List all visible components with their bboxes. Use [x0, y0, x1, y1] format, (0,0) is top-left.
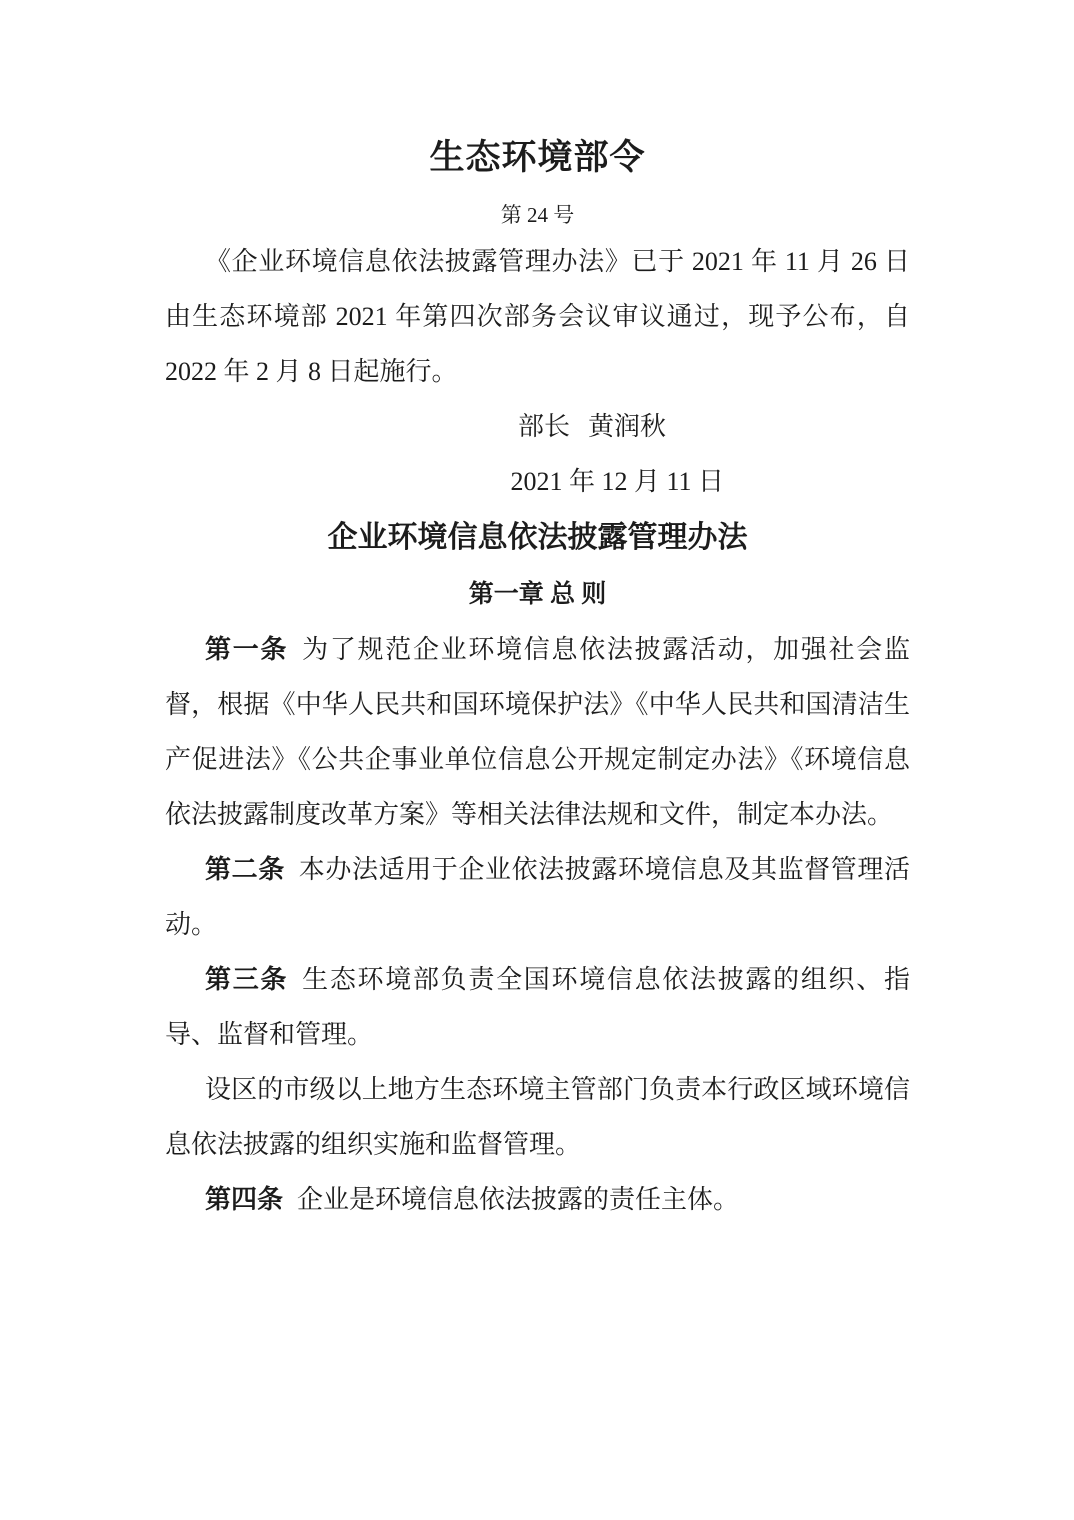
- article-1-number: 第一条: [205, 635, 288, 664]
- article-2-paragraph: 第二条本办法适用于企业依法披露环境信息及其监督管理活动。: [165, 842, 910, 952]
- article-1-paragraph: 第一条为了规范企业环境信息依法披露活动，加强社会监督，根据《中华人民共和国环境保…: [165, 622, 910, 842]
- article-1-text: 为了规范企业环境信息依法披露活动，加强社会监督，根据《中华人民共和国环境保护法》…: [165, 635, 910, 829]
- order-number: 第 24 号: [165, 202, 910, 228]
- article-3-number: 第三条: [205, 965, 288, 994]
- article-2-number: 第二条: [205, 855, 285, 884]
- signature-line: 部长黄润秋: [165, 399, 910, 454]
- article-4-number: 第四条: [205, 1185, 283, 1214]
- ministry-order-title: 生态环境部令: [165, 138, 910, 178]
- article-4-paragraph: 第四条企业是环境信息依法披露的责任主体。: [165, 1172, 910, 1227]
- chapter-1-heading: 第一章 总 则: [165, 567, 910, 622]
- document-page: 生态环境部令 第 24 号 《企业环境信息依法披露管理办法》已于 2021 年 …: [0, 0, 1074, 1520]
- article-4-text: 企业是环境信息依法披露的责任主体。: [297, 1185, 739, 1214]
- article-3-continuation-paragraph: 设区的市级以上地方生态环境主管部门负责本行政区域环境信息依法披露的组织实施和监督…: [165, 1062, 910, 1172]
- article-3-paragraph: 第三条生态环境部负责全国环境信息依法披露的组织、指导、监督和管理。: [165, 952, 910, 1062]
- announcement-paragraph: 《企业环境信息依法披露管理办法》已于 2021 年 11 月 26 日由生态环境…: [165, 234, 910, 399]
- sign-date: 2021 年 12 月 11 日: [165, 454, 910, 509]
- signer-name: 黄润秋: [588, 412, 666, 441]
- signer-title: 部长: [518, 412, 588, 441]
- article-3-continuation-text: 设区的市级以上地方生态环境主管部门负责本行政区域环境信息依法披露的组织实施和监督…: [165, 1075, 910, 1159]
- regulation-title: 企业环境信息依法披露管理办法: [165, 509, 910, 567]
